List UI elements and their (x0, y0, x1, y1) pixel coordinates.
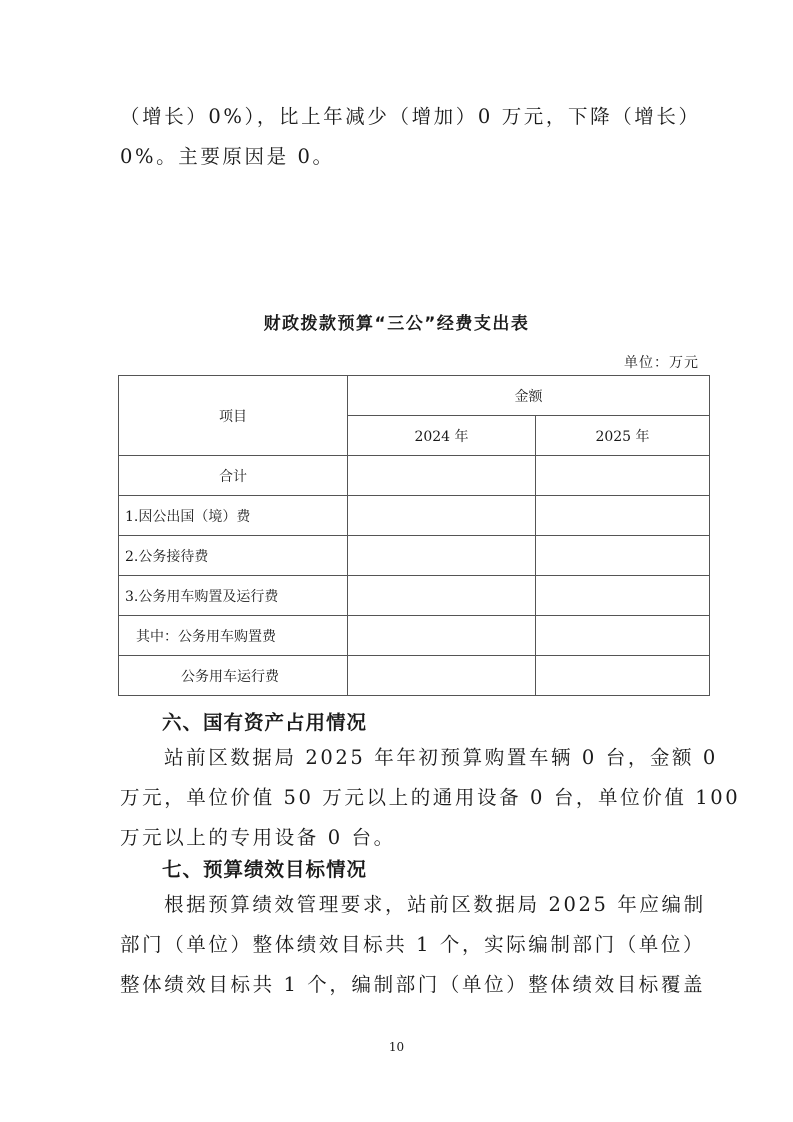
cell-2025 (536, 496, 710, 536)
cell-2024 (348, 576, 536, 616)
row-label: 1.因公出国（境）费 (119, 496, 348, 536)
header-year-2025: 2025 年 (536, 416, 710, 456)
cell-2024 (348, 656, 536, 696)
cell-2024 (348, 536, 536, 576)
paragraph-line: 万元以上的专用设备 0 台。 (120, 818, 680, 858)
header-year-2024: 2024 年 (348, 416, 536, 456)
table-row: 公务用车运行费 (119, 656, 710, 696)
row-label: 公务用车运行费 (119, 656, 348, 696)
intro-line: （增长）0%），比上年减少（增加）0 万元，下降（增长） (120, 97, 680, 137)
table-unit-label: 单位：万元 (624, 352, 699, 372)
three-public-expenses-table: 项目 金额 2024 年 2025 年 合计 1.因公出国（境）费 2.公务接待… (118, 375, 710, 696)
table-row: 其中：公务用车购置费 (119, 616, 710, 656)
intro-line: 0%。主要原因是 0。 (120, 137, 680, 177)
cell-2025 (536, 536, 710, 576)
header-amount: 金额 (348, 376, 710, 416)
cell-2024 (348, 456, 536, 496)
table-title: 财政拨款预算“三公”经费支出表 (0, 309, 793, 334)
row-label: 2.公务接待费 (119, 536, 348, 576)
intro-paragraph: （增长）0%），比上年减少（增加）0 万元，下降（增长） 0%。主要原因是 0。 (120, 97, 680, 177)
cell-2025 (536, 656, 710, 696)
cell-2025 (536, 616, 710, 656)
table-row: 1.因公出国（境）费 (119, 496, 710, 536)
row-label: 合计 (119, 456, 348, 496)
section-6-heading: 六、国有资产占用情况 (162, 707, 367, 735)
page-number: 10 (0, 1040, 793, 1054)
table-header-row: 项目 金额 (119, 376, 710, 416)
cell-2025 (536, 456, 710, 496)
paragraph-line: 站前区数据局 2025 年年初预算购置车辆 0 台，金额 0 (120, 738, 680, 778)
header-item: 项目 (119, 376, 348, 456)
cell-2025 (536, 576, 710, 616)
table-row: 2.公务接待费 (119, 536, 710, 576)
paragraph-line: 整体绩效目标共 1 个，编制部门（单位）整体绩效目标覆盖 (120, 965, 680, 1005)
paragraph-line: 万元，单位价值 50 万元以上的通用设备 0 台，单位价值 100 (120, 778, 680, 818)
cell-2024 (348, 496, 536, 536)
cell-2024 (348, 616, 536, 656)
section-6-paragraph: 站前区数据局 2025 年年初预算购置车辆 0 台，金额 0 万元，单位价值 5… (120, 738, 680, 858)
table-row: 合计 (119, 456, 710, 496)
paragraph-line: 部门（单位）整体绩效目标共 1 个，实际编制部门（单位） (120, 925, 680, 965)
row-label: 其中：公务用车购置费 (119, 616, 348, 656)
paragraph-line: 根据预算绩效管理要求，站前区数据局 2025 年应编制 (120, 885, 680, 925)
section-7-heading: 七、预算绩效目标情况 (162, 854, 367, 882)
row-label: 3.公务用车购置及运行费 (119, 576, 348, 616)
table-row: 3.公务用车购置及运行费 (119, 576, 710, 616)
section-7-paragraph: 根据预算绩效管理要求，站前区数据局 2025 年应编制 部门（单位）整体绩效目标… (120, 885, 680, 1005)
